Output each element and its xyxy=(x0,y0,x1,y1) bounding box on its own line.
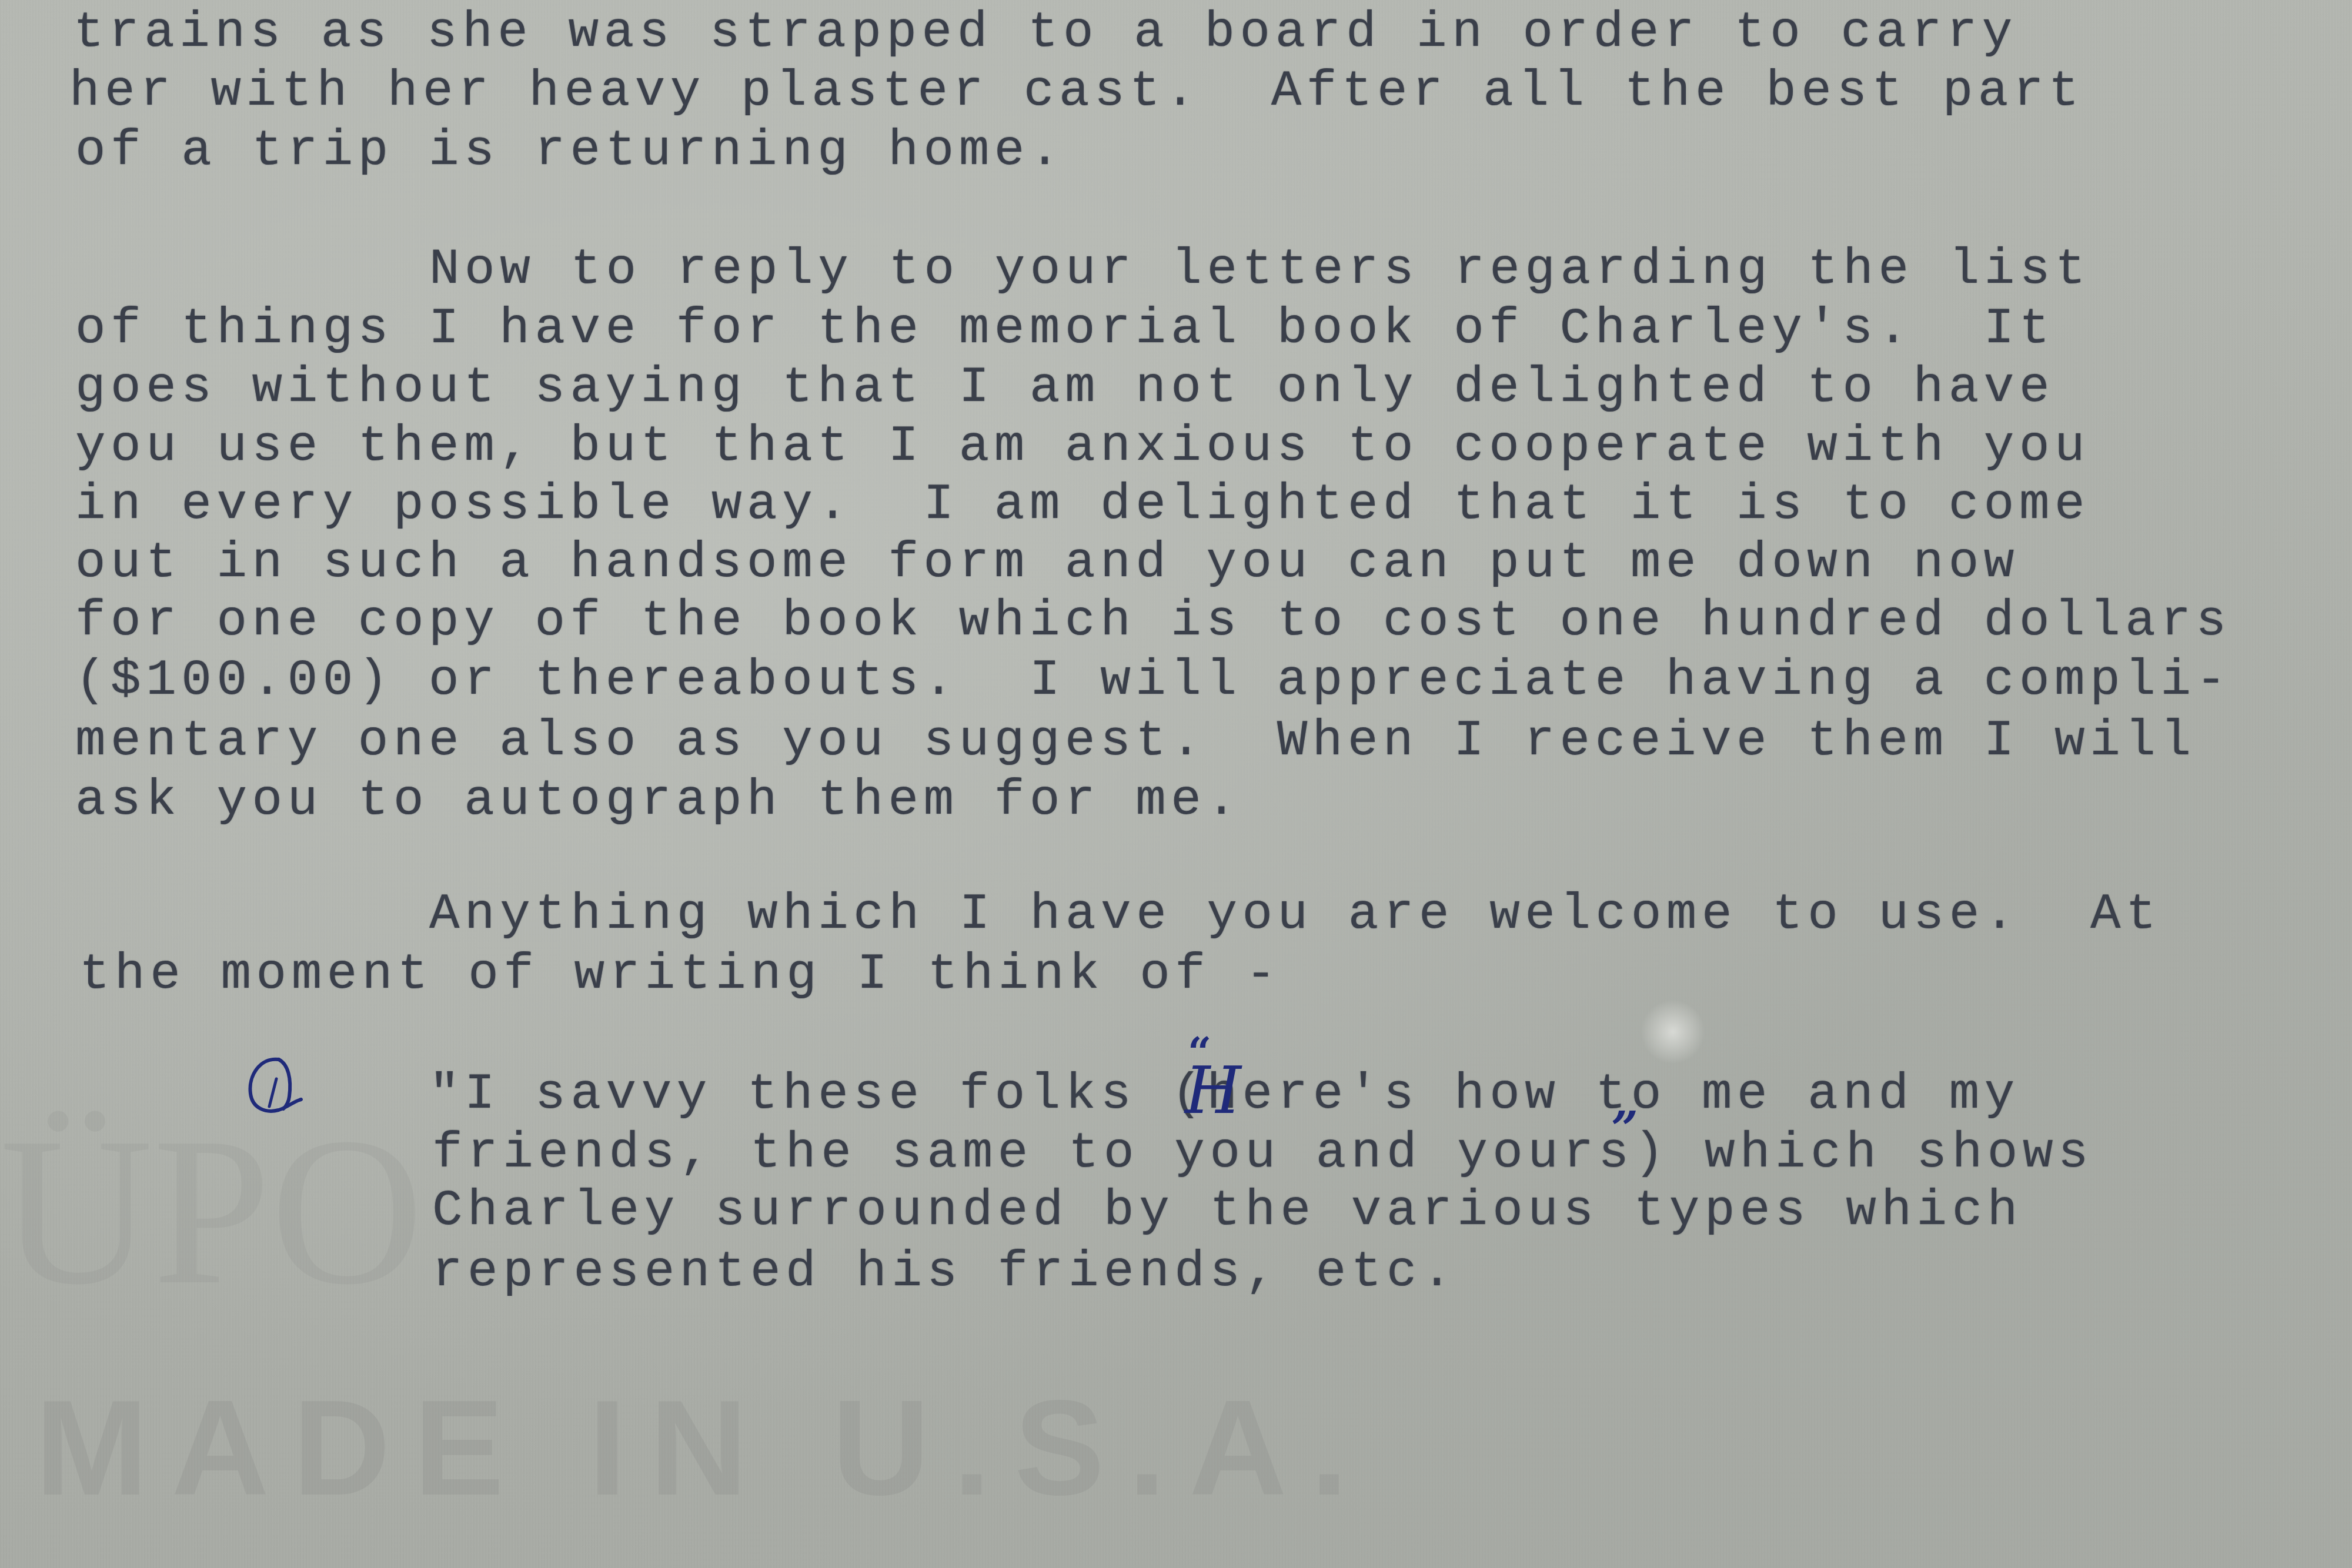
typed-line: Anything which I have you are welcome to… xyxy=(429,889,2161,940)
typed-line: the moment of writing I think of - xyxy=(79,949,1281,999)
typed-line: of a trip is returning home. xyxy=(75,125,1065,176)
paper-watermark-text: MADE IN U.S.A. xyxy=(35,1370,1371,1526)
typed-line: Now to reply to your letters regarding t… xyxy=(429,244,2090,295)
handwritten-h-overwrite: H xyxy=(1185,1058,1241,1123)
typed-line: trains as she was strapped to a board in… xyxy=(73,7,2017,58)
typed-line: mentary one also as you suggest. When I … xyxy=(75,716,2196,766)
typed-line: of things I have for the memorial book o… xyxy=(75,303,2054,354)
typed-line: out in such a handsome form and you can … xyxy=(75,537,2019,588)
typed-line: friends, the same to you and yours) whic… xyxy=(432,1128,2093,1178)
typed-line: for one copy of the book which is to cos… xyxy=(75,596,2231,646)
typed-line: in every possible way. I am delighted th… xyxy=(75,479,2090,530)
letter-page: ÜPO MADE IN U.S.A. trains as she was str… xyxy=(0,0,2352,1568)
typed-line: Charley surrounded by the various types … xyxy=(432,1185,2023,1236)
typed-line: ($100.00) or thereabouts. I will appreci… xyxy=(75,655,2231,706)
paper-glare-spot xyxy=(1641,999,1705,1064)
typed-line: ask you to autograph them for me. xyxy=(75,775,1242,825)
typed-line: her with her heavy plaster cast. After a… xyxy=(69,66,2084,116)
typed-line: goes without saying that I am not only d… xyxy=(75,362,2054,413)
handwritten-close-quote: ” xyxy=(1611,1105,1638,1152)
typed-line: represented his friends, etc. xyxy=(432,1246,1457,1297)
handwritten-circled-number xyxy=(242,1052,307,1117)
typed-line: you use them, but that I am anxious to c… xyxy=(75,421,2090,472)
